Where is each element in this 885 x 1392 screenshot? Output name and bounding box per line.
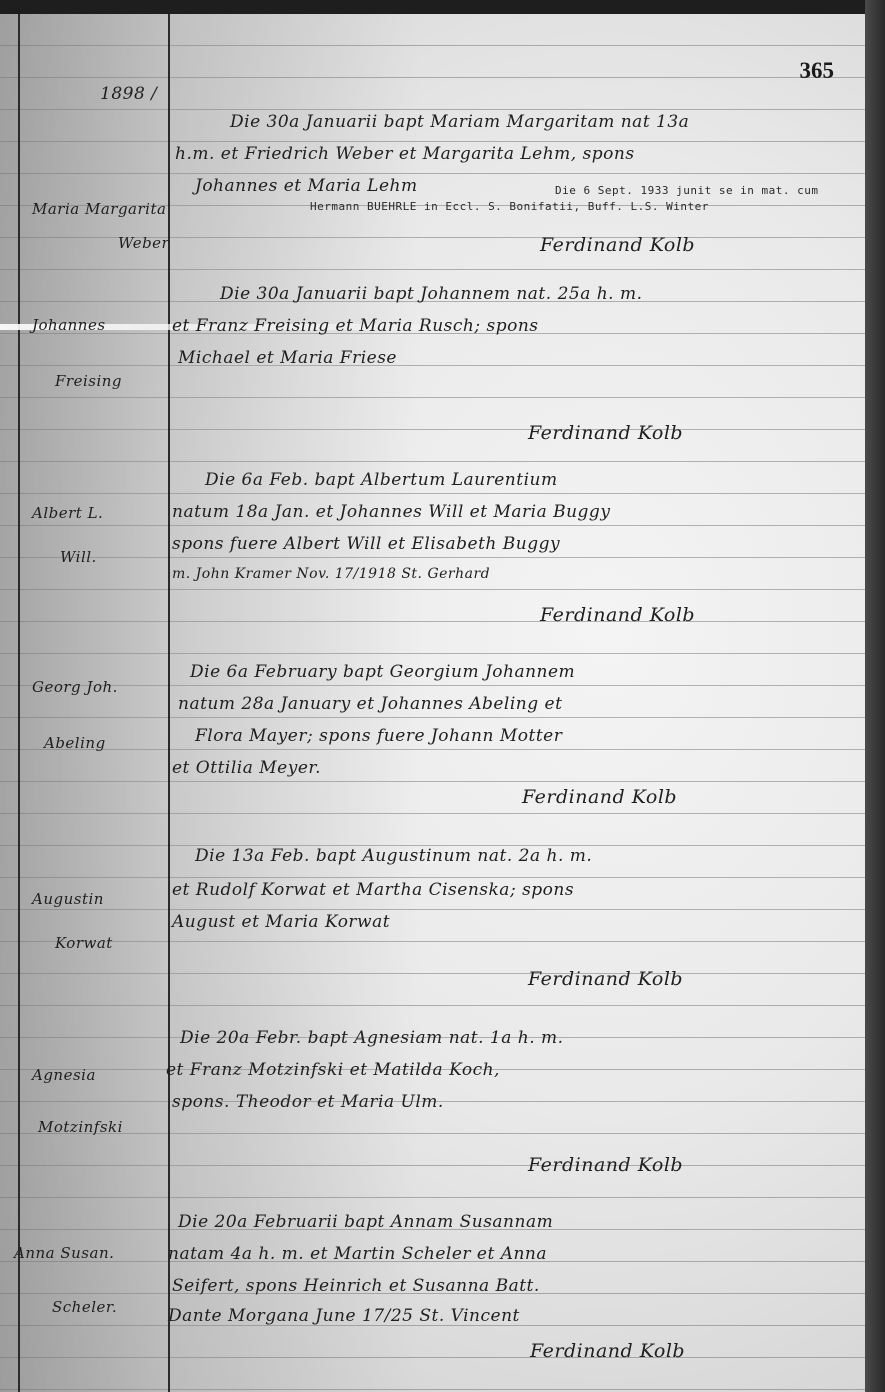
margin-surname: Motzinfski [38,1110,123,1144]
entry-line: Die 30a Januarii bapt Mariam Margaritam … [230,112,689,132]
entry-line: natum 18a Jan. et Johannes Will et Maria… [172,502,610,522]
entry-line: m. John Kramer Nov. 17/1918 St. Gerhard [172,566,490,582]
entry-line: Die 13a Feb. bapt Augustinum nat. 2a h. … [195,846,592,866]
entry-line: Johannes et Maria Lehm [195,176,418,196]
entry-line: Dante Morgana June 17/25 St. Vincent [168,1306,520,1326]
entry-line: h.m. et Friedrich Weber et Margarita Leh… [175,144,635,164]
margin-name: Agnesia [32,1058,96,1092]
entry-line: Seifert, spons Heinrich et Susanna Batt. [172,1276,540,1296]
entry-line: et Franz Freising et Maria Rusch; spons [172,316,539,336]
entry-line: spons. Theodor et Maria Ulm. [172,1092,444,1112]
margin-name: Anna Susan. [14,1236,114,1270]
entry-line: et Rudolf Korwat et Martha Cisenska; spo… [172,880,574,900]
entry-line: Die 20a Febr. bapt Agnesiam nat. 1a h. m… [180,1028,564,1048]
entry-line: Die 6a Feb. bapt Albertum Laurentium [205,470,558,490]
margin-name: Albert L. [32,496,103,530]
entry-line: Die 20a Februarii bapt Annam Susannam [178,1212,553,1232]
priest-signature: Ferdinand Kolb [530,1340,685,1362]
margin-surname: Korwat [55,926,113,960]
entry-line: Die 6a February bapt Georgium Johannem [190,662,575,682]
margin-surname: Abeling [44,726,106,760]
entry-line: Flora Mayer; spons fuere Johann Motter [195,726,562,746]
entry-line: natam 4a h. m. et Martin Scheler et Anna [168,1244,547,1264]
scan-border-right [865,0,885,1392]
left-margin-rule [18,14,20,1392]
margin-name: Johannes [32,308,106,342]
margin-surname: Will. [60,540,97,574]
margin-name: Maria Margarita [32,192,166,226]
entry-line: spons fuere Albert Will et Elisabeth Bug… [172,534,560,554]
priest-signature: Ferdinand Kolb [540,604,695,626]
marriage-annotation: Die 6 Sept. 1933 junit se in mat. cum [555,184,819,197]
priest-signature: Ferdinand Kolb [528,422,683,444]
margin-surname: Weber [118,226,169,260]
margin-name: Augustin [32,882,104,916]
year-heading: 1898 / [100,84,157,104]
margin-surname: Freising [55,364,122,398]
margin-name: Georg Joh. [32,670,118,704]
priest-signature: Ferdinand Kolb [528,1154,683,1176]
marriage-annotation: Hermann BUEHRLE in Eccl. S. Bonifatii, B… [310,200,709,213]
register-page: 365 1898 / Maria Margarita Weber Die 30a… [0,14,866,1392]
entry-line: Michael et Maria Friese [178,348,397,368]
priest-signature: Ferdinand Kolb [522,786,677,808]
entry-line: August et Maria Korwat [172,912,390,932]
name-column-rule [168,14,170,1392]
margin-surname: Scheler. [52,1290,117,1324]
entry-line: et Ottilia Meyer. [172,758,321,778]
page-number: 365 [800,58,835,84]
priest-signature: Ferdinand Kolb [528,968,683,990]
entry-line: natum 28a January et Johannes Abeling et [178,694,562,714]
priest-signature: Ferdinand Kolb [540,234,695,256]
entry-line: Die 30a Januarii bapt Johannem nat. 25a … [220,284,643,304]
entry-line: et Franz Motzinfski et Matilda Koch, [166,1060,500,1080]
